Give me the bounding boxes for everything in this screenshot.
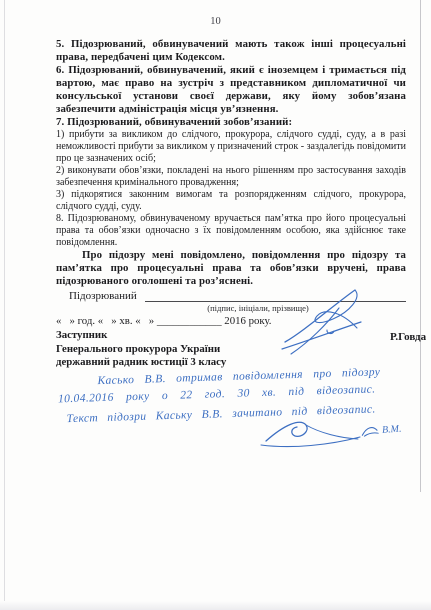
acknowledgement-statement: Про підозру мені повідомлено, повідомлен…	[56, 249, 406, 288]
prosecutor-signature	[279, 286, 364, 356]
suspect-signature	[258, 417, 363, 451]
scanned-document-page: 10 5. Підозрюваний, обвинувачений мають …	[0, 0, 431, 610]
suspect-label: Підозрюваний	[69, 290, 137, 302]
paragraph-5: 5. Підозрюваний, обвинувачений мають так…	[56, 38, 406, 64]
scan-edge-right	[420, 0, 421, 492]
paragraph-6: 6. Підозрюваний, обвинувачений, який є і…	[56, 64, 406, 116]
handwritten-initials-group: В.М.	[360, 422, 402, 439]
duty-item-1: 1) прибути за викликом до слідчого, прок…	[56, 129, 406, 165]
duty-item-3: 3) підкорятися законним вимогам та розпо…	[56, 189, 406, 213]
paragraph-7-heading: 7. Підозрюваний, обвинувачений зобов’яза…	[56, 116, 406, 129]
duty-item-2: 2) виконувати обов’язки, покладені на нь…	[56, 165, 406, 189]
official-name: Р.Говда	[390, 331, 426, 343]
paragraph-8: 8. Підозрюваному, обвинуваченому вручаєт…	[56, 213, 406, 249]
scan-edge-bottom	[0, 601, 431, 610]
initials-flourish	[360, 423, 381, 438]
signature-blank-line	[145, 290, 406, 302]
scan-edge-left	[4, 0, 5, 610]
handwritten-initials: В.М.	[382, 423, 402, 435]
page-number: 10	[0, 16, 431, 27]
